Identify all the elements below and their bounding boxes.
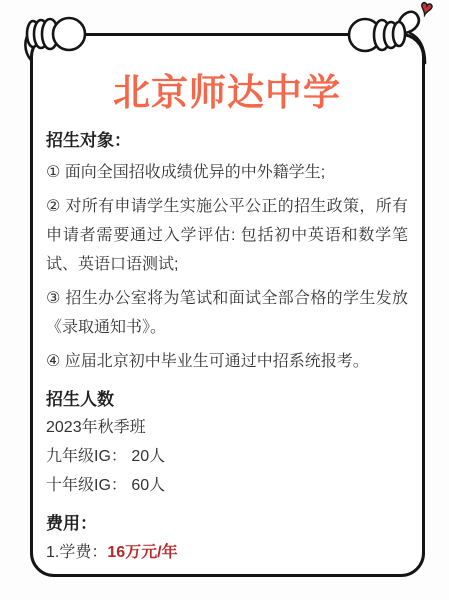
spring-doodle-left-icon xyxy=(20,6,94,64)
section-admission-targets: 招生对象： ① 面向全国招收成绩优异的中外籍学生; ② 对所有申请学生实施公平公… xyxy=(46,129,408,376)
section-heading: 招生人数 xyxy=(46,388,408,412)
card-border: 北京师达中学 招生对象： ① 面向全国招收成绩优异的中外籍学生; ② 对所有申请… xyxy=(30,33,425,577)
poster-title: 北京师达中学 xyxy=(46,72,408,115)
admission-item: ④ 应届北京初中毕业生可通过中招系统报考。 xyxy=(46,347,408,376)
admission-item: ③ 招生办公室将为笔试和面试全部合格的学生发放《录取通知书》。 xyxy=(46,284,408,342)
section-heading: 费用： xyxy=(46,512,408,536)
enrollment-line: 2023年秋季班 xyxy=(46,414,408,442)
enrollment-line: 九年级IG： 20人 xyxy=(46,443,408,471)
section-heading: 招生对象： xyxy=(46,129,408,153)
enrollment-line: 十年级IG： 60人 xyxy=(46,472,408,500)
heart-icon: ♥ xyxy=(418,0,435,20)
tuition-value: 16万元/年 xyxy=(107,544,177,561)
admission-item: ① 面向全国招收成绩优异的中外籍学生; xyxy=(46,158,408,187)
poster: 北京师达中学 招生对象： ① 面向全国招收成绩优异的中外籍学生; ② 对所有申请… xyxy=(0,0,449,600)
section-enrollment: 招生人数 2023年秋季班 九年级IG： 20人 十年级IG： 60人 xyxy=(46,388,408,500)
tuition-label: 1.学费： xyxy=(46,544,107,561)
section-fees: 费用： 1.学费：16万元/年 xyxy=(46,512,408,567)
admission-item: ② 对所有申请学生实施公平公正的招生政策，所有申请者需要通过入学评估: 包括初中… xyxy=(46,192,408,279)
tuition-line: 1.学费：16万元/年 xyxy=(46,539,408,567)
